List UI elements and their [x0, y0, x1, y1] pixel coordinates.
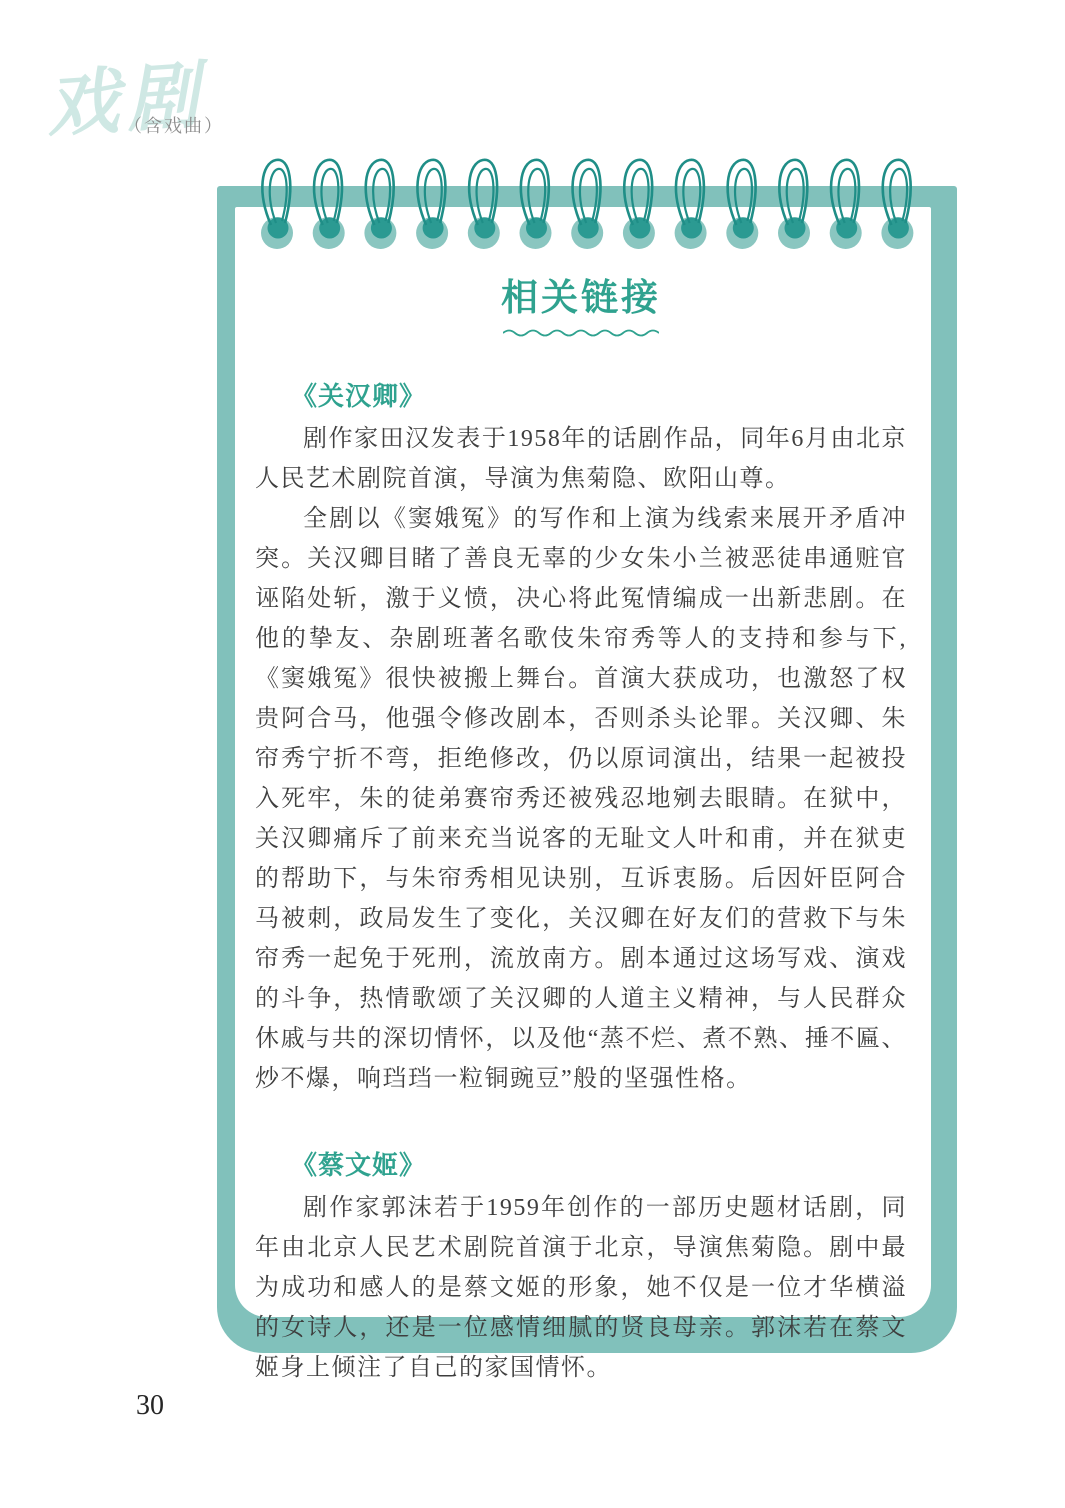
section-heading: 《关汉卿》: [291, 376, 907, 413]
section-heading: 《蔡文姬》: [291, 1145, 907, 1182]
notebook-paper: 相关链接 《关汉卿》 剧作家田汉发表于1958年的话剧作品，同年6月由北京人民艺…: [235, 207, 931, 1317]
section-guanhanqing: 《关汉卿》 剧作家田汉发表于1958年的话剧作品，同年6月由北京人民艺术剧院首演…: [255, 376, 907, 1099]
page-number: 30: [136, 1390, 164, 1422]
notebook-card: 相关链接 《关汉卿》 剧作家田汉发表于1958年的话剧作品，同年6月由北京人民艺…: [217, 186, 957, 1353]
paragraph: 剧作家田汉发表于1958年的话剧作品，同年6月由北京人民艺术剧院首演，导演为焦菊…: [255, 419, 907, 499]
page-title: 相关链接: [255, 267, 907, 321]
book-logo: 戏剧 （含戏曲）: [42, 40, 262, 170]
wave-underline: [255, 324, 907, 342]
paragraph: 全剧以《窦娥冤》的写作和上演为线索来展开矛盾冲突。关汉卿目睹了善良无辜的少女朱小…: [255, 499, 907, 1099]
paragraph: 剧作家郭沫若于1959年创作的一部历史题材话剧，同年由北京人民艺术剧院首演于北京…: [255, 1188, 907, 1388]
section-caiwenji: 《蔡文姬》 剧作家郭沫若于1959年创作的一部历史题材话剧，同年由北京人民艺术剧…: [255, 1145, 907, 1388]
logo-subtitle: （含戏曲）: [124, 112, 224, 138]
wave-underline-icon: [503, 327, 659, 337]
